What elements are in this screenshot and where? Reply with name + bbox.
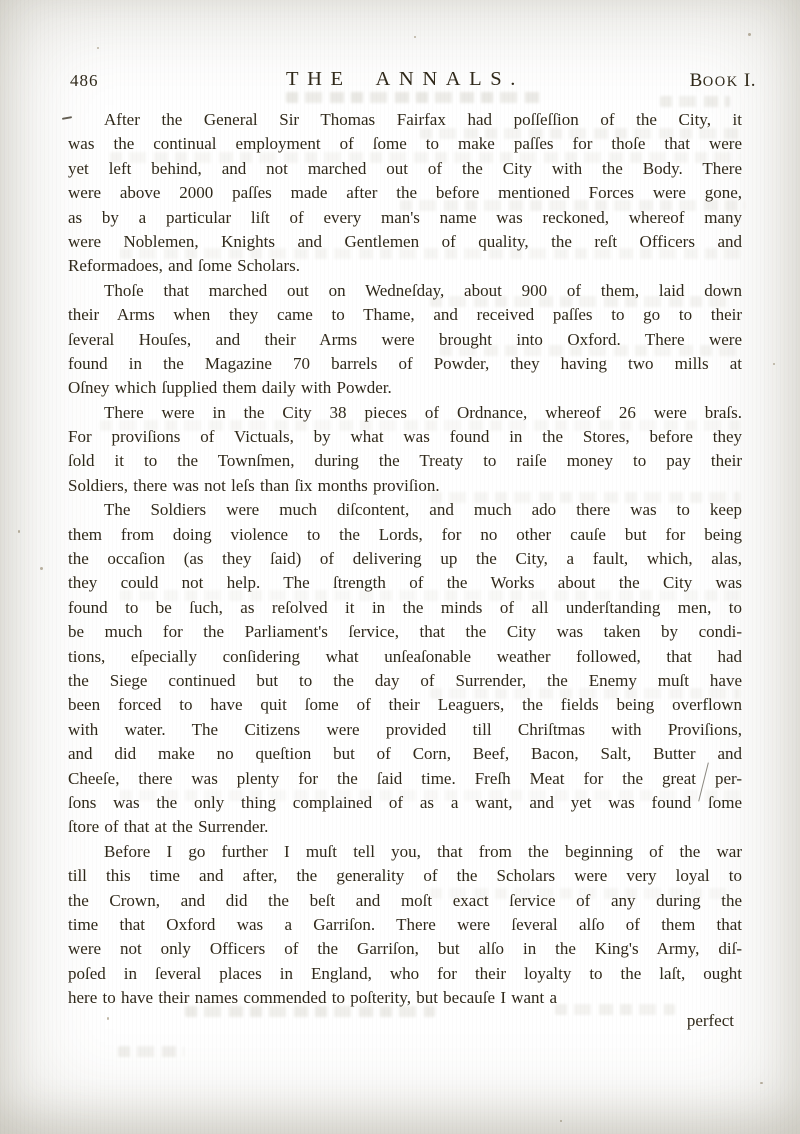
paper-speck [414,36,416,38]
text-line: Cheeſe, there was plenty for the ſaid ti… [68,767,742,791]
text-line: the Crown, and did the beſt and moſt exa… [68,889,742,913]
page-header: 486 THE ANNALS. BOOK I. [68,66,742,96]
text-line: were not only Officers of the Garriſon, … [68,937,742,961]
text-line: Oſney which ſupplied them daily with Pow… [68,376,742,400]
text-line: For proviſions of Victuals, by what was … [68,425,742,449]
text-line: After the General Sir Thomas Fairfax had… [68,108,742,132]
text-line: and did make no queſtion but of Corn, Be… [68,742,742,766]
text-line: were above 2000 paſſes made after the be… [68,181,742,205]
text-line: Reformadoes, and ſome Scholars. [68,254,742,278]
text-line: were Noblemen, Knights and Gentlemen of … [68,230,742,254]
text-line: them from doing violence to the Lords, f… [68,523,742,547]
text-block: After the General Sir Thomas Fairfax had… [68,108,742,1010]
showthrough-artifact [660,96,730,107]
text-line: as by a particular liſt of every man's n… [68,206,742,230]
text-line: Thoſe that marched out on Wedneſday, abo… [68,279,742,303]
paper-speck [773,363,775,365]
paper-speck [560,1120,562,1122]
paper-speck [18,530,20,533]
text-line: was the continual employment of ſome to … [68,132,742,156]
text-line: Before I go further I muſt tell you, tha… [68,840,742,864]
text-line: here to have their names commended to po… [68,986,742,1010]
text-line: ſold it to the Townſmen, during the Trea… [68,449,742,473]
running-title: THE ANNALS. [68,68,742,91]
text-line: ſeveral Houſes, and their Arms were brou… [68,328,742,352]
text-line: be much for the Parliament's ſervice, th… [68,620,742,644]
text-line: till this time and after, the generality… [68,864,742,888]
text-line: the occaſion (as they ſaid) of deliverin… [68,547,742,571]
paper-speck [40,567,43,570]
book-label: BOOK I. [690,70,756,92]
text-line: found to be ſuch, as reſolved it in the … [68,596,742,620]
text-line: yet left behind, and not marched out of … [68,157,742,181]
text-line: with water. The Citizens were provided t… [68,718,742,742]
text-line: time that Oxford was a Garriſon. There w… [68,913,742,937]
catchword: perfect [68,1011,742,1031]
text-line: The Soldiers were much diſcontent, and m… [68,498,742,522]
text-line: There were in the City 38 pieces of Ordn… [68,401,742,425]
paper-speck [97,47,99,49]
book-label-initial: B [690,70,703,91]
text-line: poſed in ſeveral places in England, who … [68,962,742,986]
text-line: they could not help. The ſtrength of the… [68,571,742,595]
text-line: ſtore of that at the Surrender. [68,815,742,839]
paper-speck [760,1082,763,1084]
text-line: tions, eſpecially conſidering what unſea… [68,645,742,669]
text-line: the Siege continued but to the day of Su… [68,669,742,693]
book-page: 486 THE ANNALS. BOOK I. After the Genera… [0,0,800,1134]
book-label-numeral: I. [744,70,756,91]
text-line: been forced to have quit ſome of their L… [68,693,742,717]
text-line: ſons was the only thing complained of as… [68,791,742,815]
text-line: Soldiers, there was not leſs than ſix mo… [68,474,742,498]
paper-speck [748,33,751,36]
book-label-smallcaps: OOK [703,74,739,90]
showthrough-artifact [118,1046,184,1057]
text-line: found in the Magazine 70 barrels of Powd… [68,352,742,376]
text-line: their Arms when they came to Thame, and … [68,303,742,327]
